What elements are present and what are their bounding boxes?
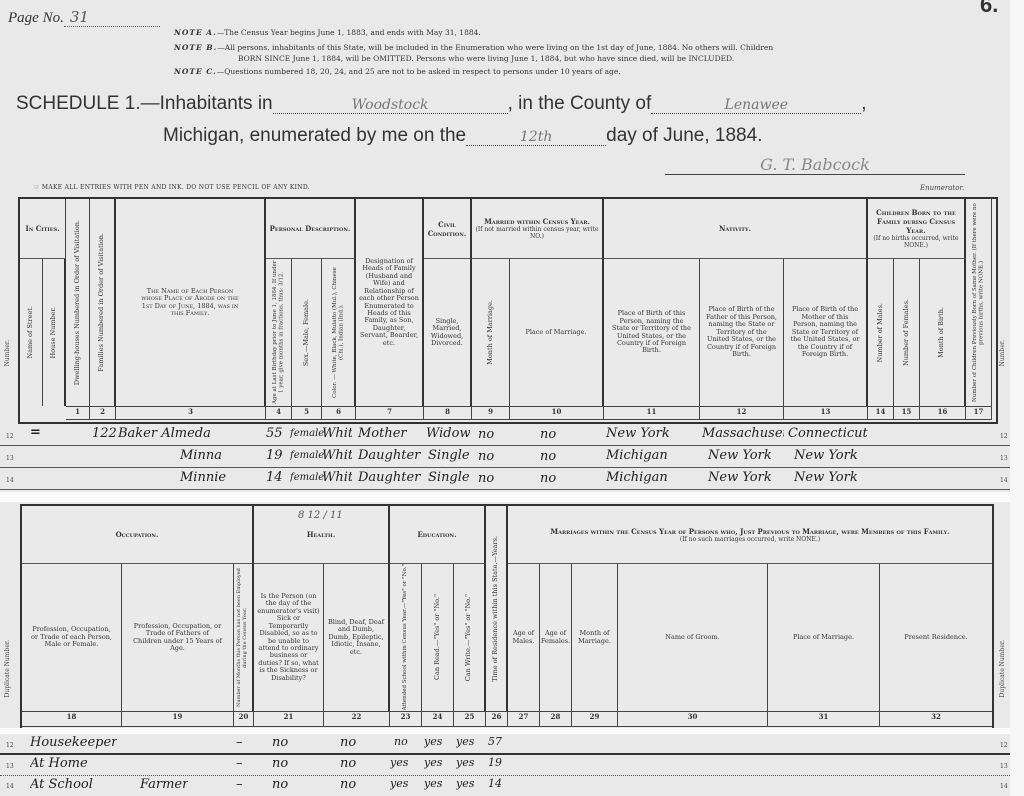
col-6-color: Color. — White, Black, Mulatto (Mul.), C… xyxy=(322,259,356,406)
colnum-27: 27 xyxy=(508,711,540,727)
colnum-21: 21 xyxy=(254,711,324,727)
col-13-mother-birthplace: Place of Birth of the Mother of this Per… xyxy=(784,259,868,406)
schedule-line-1: SCHEDULE 1.—Inhabitants inWoodstock, in … xyxy=(16,93,867,115)
colnum-5: 5 xyxy=(292,406,322,420)
group-education: Education. xyxy=(390,506,486,564)
col-9-month-marriage: Month of Marriage. xyxy=(472,259,510,406)
upper-data-rows: 12 = 122 Baker Almeda 55 female White Mo… xyxy=(0,425,1010,491)
table-row: 12 Housekeeper – no no no yes yes 57 12 xyxy=(0,735,1010,755)
table-row: 12 = 122 Baker Almeda 55 female White Mo… xyxy=(0,425,1010,446)
health-annotation: 8 12 / 11 xyxy=(298,510,343,521)
colnum-19: 19 xyxy=(122,711,234,727)
colnum-23: 23 xyxy=(390,711,422,727)
group-in-cities: In Cities. xyxy=(20,199,66,259)
section-gap-2 xyxy=(0,728,1024,734)
upper-census-table: In Cities. Personal Description. Civil C… xyxy=(18,197,998,424)
col-17-children-previously: Number of Children Previously Born of Sa… xyxy=(966,199,992,406)
col-street: Name of Street. xyxy=(20,259,43,406)
colnum-16: 16 xyxy=(920,406,966,420)
page-number: 31 xyxy=(64,8,160,27)
col-27-age-males: Age of Males. xyxy=(508,564,540,711)
col-7-relationship: Designation of Heads of Family (Husband … xyxy=(356,199,424,406)
colnum-15: 15 xyxy=(894,406,920,420)
section-gap xyxy=(0,492,1024,502)
note-b: NOTE B.—All persons, inhabitants of this… xyxy=(174,43,773,52)
corner-mark: 6. xyxy=(980,0,998,18)
schedule-line-2: Michigan, enumerated by me on the12thday… xyxy=(163,125,762,147)
col-22-disabled: Blind, Deaf, Deaf and Dumb, Dumb, Epilep… xyxy=(324,564,390,711)
county-field: Lenawee xyxy=(651,97,861,114)
group-marriages: Marriages within the Census Year of Pers… xyxy=(508,506,992,564)
page-number-label: Page No.31 xyxy=(8,8,160,27)
lower-census-table: Occupation. Health. 8 12 / 11 Education.… xyxy=(20,504,994,731)
colnum-3: 3 xyxy=(116,406,266,420)
page-edge xyxy=(1010,0,1024,796)
page-label: Page No. xyxy=(8,10,64,26)
col-12-father-birthplace: Place of Birth of the Father of this Per… xyxy=(700,259,784,406)
col-15-females: Number of Females. xyxy=(894,259,920,406)
col-30-groom: Name of Groom. xyxy=(618,564,768,711)
colnum-6: 6 xyxy=(322,406,356,420)
colnum-22: 22 xyxy=(324,711,390,727)
col-28-age-females: Age of Females. xyxy=(540,564,572,711)
col-4-age: Age at Last Birthday prior to June 1, 18… xyxy=(266,259,292,406)
colnum-30: 30 xyxy=(618,711,768,727)
col-24-read: Can Read.—"Yes" or "No." xyxy=(422,564,454,711)
col-5-sex: Sex.—Male, Female. xyxy=(292,259,322,406)
col-23-school: Attended School within Census Year.—"Yes… xyxy=(390,564,422,711)
col-house: House Number. xyxy=(43,259,66,406)
colnum-29: 29 xyxy=(572,711,618,727)
col-11-birthplace: Place of Birth of this Person, naming th… xyxy=(604,259,700,406)
colnum-26: 26 xyxy=(486,711,508,727)
col-16-month-birth: Month of Birth. xyxy=(920,259,966,406)
group-occupation: Occupation. xyxy=(22,506,254,564)
col-31-place-marriage: Place of Marriage. xyxy=(768,564,880,711)
table-row: 14 Minnie 14 female White Daughter Singl… xyxy=(0,469,1010,490)
table-row: 13 At Home – no no yes yes yes 19 13 xyxy=(0,756,1010,776)
colnum-28: 28 xyxy=(540,711,572,727)
colnum-12: 12 xyxy=(700,406,784,420)
group-personal-description: Personal Description. xyxy=(266,199,356,259)
table-row: 13 Minna 19 female White Daughter Single… xyxy=(0,447,1010,468)
census-page: Page No.31 6. NOTE A.—The Census Year be… xyxy=(0,0,1010,796)
col-8-civil: Single, Married, Widowed, Divorced. xyxy=(424,259,472,406)
pen-ink-instruction: ☞ MAKE ALL ENTRIES WITH PEN AND INK. DO … xyxy=(34,184,310,191)
col-26-residence: Time of Residence within this State.—Yea… xyxy=(486,506,508,711)
colnum-18: 18 xyxy=(22,711,122,727)
note-b-cont: BORN SINCE June 1, 1884, will be OMITTED… xyxy=(238,54,734,63)
enumerator-label: Enumerator. xyxy=(920,184,964,192)
colnum-24: 24 xyxy=(422,711,454,727)
col-10-place-marriage: Place of Marriage. xyxy=(510,259,604,406)
note-c: NOTE C.—Questions numbered 18, 20, 24, a… xyxy=(174,67,621,76)
col-32-present-residence: Present Residence. xyxy=(880,564,992,711)
township-field: Woodstock xyxy=(273,97,508,114)
duplicate-number-right: Duplicate Number. xyxy=(999,640,1006,697)
col-19-father-occupation: Profession, Occupation, or Trade of Fath… xyxy=(122,564,234,711)
colnum-1: 1 xyxy=(66,406,90,420)
colnum-14: 14 xyxy=(868,406,894,420)
colnum-4: 4 xyxy=(266,406,292,420)
colnum-11: 11 xyxy=(604,406,700,420)
group-civil-condition: Civil Condition. xyxy=(424,199,472,259)
colnum-2: 2 xyxy=(90,406,116,420)
group-married-within-year: Married within Census Year.(If not marri… xyxy=(472,199,604,259)
group-children-born: Children Born to the Family during Censu… xyxy=(868,199,966,259)
colnum-7: 7 xyxy=(356,406,424,420)
group-nativity: Nativity. xyxy=(604,199,868,259)
colnum-32: 32 xyxy=(880,711,992,727)
col-18-occupation: Profession, Occupation, or Trade of each… xyxy=(22,564,122,711)
colnum-25: 25 xyxy=(454,711,486,727)
duplicate-number-left: Duplicate Number. xyxy=(4,640,11,697)
colnum-31: 31 xyxy=(768,711,880,727)
lower-data-rows: 12 Housekeeper – no no no yes yes 57 12 … xyxy=(0,735,1010,796)
col-2-family: Families Numbered in Order of Visitation… xyxy=(90,199,116,406)
col-1-dwelling: Dwelling-houses Numbered in Order of Vis… xyxy=(66,199,90,406)
day-field: 12th xyxy=(466,129,606,146)
col-29-month-marriage: Month of Marriage. xyxy=(572,564,618,711)
colnum-20: 20 xyxy=(234,711,254,727)
col-25-write: Can Write.—"Yes" or "No." xyxy=(454,564,486,711)
colnum-10: 10 xyxy=(510,406,604,420)
col-20-months-unemployed: Number of Months this Person has not bee… xyxy=(234,564,254,711)
col-21-sick: Is the Person (on the day of the enumera… xyxy=(254,564,324,711)
colnum-17: 17 xyxy=(966,406,992,420)
col-3-name: The Name of Each Person whose Place of A… xyxy=(116,199,266,406)
colnum-9: 9 xyxy=(472,406,510,420)
table-row: 14 At School Farmer – no no yes yes yes … xyxy=(0,777,1010,796)
number-label-left: Number. xyxy=(4,340,11,366)
note-a: NOTE A.—The Census Year begins June 1, 1… xyxy=(174,28,481,37)
colnum-8: 8 xyxy=(424,406,472,420)
enumerator-signature: G. T. Babcock xyxy=(665,155,965,175)
number-label-right: Number. xyxy=(999,340,1006,366)
col-14-males: Number of Males. xyxy=(868,259,894,406)
colnum-13: 13 xyxy=(784,406,868,420)
